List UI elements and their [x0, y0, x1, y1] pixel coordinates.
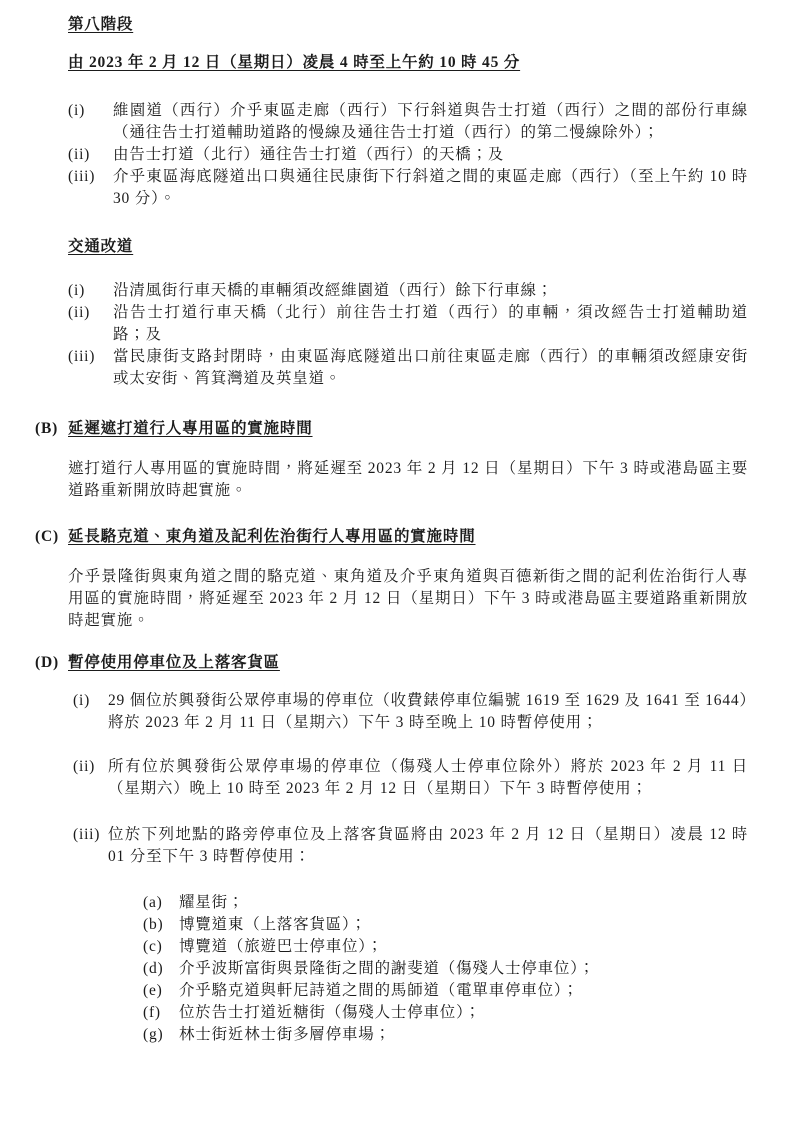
list-item-text: 維園道（西行）介乎東區走廊（西行）下行斜道與告士打道（西行）之間的部份行車線（通…: [113, 100, 748, 144]
section-d-heading: (D) 暫停使用停車位及上落客貨區: [35, 652, 748, 674]
list-item: (iii) 當民康街支路封閉時，由東區海底隧道出口前往東區走廊（西行）的車輛須改…: [68, 346, 748, 390]
section-d-list: (i) 29 個位於興發街公眾停車場的停車位（收費錶停車位編號 1619 至 1…: [73, 690, 748, 1046]
section-b-heading: (B) 延遲遮打道行人專用區的實施時間: [35, 418, 748, 440]
list-item-marker: (d): [143, 958, 179, 980]
list-item-marker: (c): [143, 936, 179, 958]
location-list: (a) 耀星街； (b) 博覽道東（上落客貨區）； (c) 博覽道（旅遊巴士停車…: [143, 892, 748, 1046]
list-item: (c) 博覽道（旅遊巴士停車位）；: [143, 936, 748, 958]
list-item-marker: (a): [143, 892, 179, 914]
list-item: (e) 介乎駱克道與軒尼詩道之間的馬師道（電單車停車位）；: [143, 980, 748, 1002]
list-item-text: 位於下列地點的路旁停車位及上落客貨區將由 2023 年 2 月 12 日（星期日…: [108, 824, 748, 868]
list-item-text: 介乎波斯富街與景隆街之間的謝斐道（傷殘人士停車位）；: [179, 958, 748, 980]
section-b-title: 延遲遮打道行人專用區的實施時間: [68, 418, 748, 440]
section-d-label: (D): [35, 652, 68, 674]
section-c-heading: (C) 延長駱克道、東角道及記利佐治街行人專用區的實施時間: [35, 526, 748, 548]
list-item-marker: (i): [68, 100, 113, 144]
section-c-label: (C): [35, 526, 68, 548]
list-item-text: 當民康街支路封閉時，由東區海底隧道出口前往東區走廊（西行）的車輛須改經康安街或太…: [113, 346, 748, 390]
list-item-marker: (ii): [73, 756, 108, 800]
phase-heading: 第八階段: [68, 14, 748, 36]
list-item: (i) 沿清風街行車天橋的車輛須改經維園道（西行）餘下行車線；: [68, 280, 748, 302]
list-item-text: 由告士打道（北行）通往告士打道（西行）的天橋；及: [113, 144, 748, 166]
list-item-text: 博覽道東（上落客貨區）；: [179, 914, 748, 936]
list-item-marker: (i): [68, 280, 113, 302]
diversion-heading: 交通改道: [68, 236, 748, 258]
list-item-marker: (e): [143, 980, 179, 1002]
list-item: (g) 林士街近林士街多層停車場；: [143, 1024, 748, 1046]
list-item: (iii) 介乎東區海底隧道出口與通往民康街下行斜道之間的東區走廊（西行）（至上…: [68, 166, 748, 210]
list-item: (b) 博覽道東（上落客貨區）；: [143, 914, 748, 936]
list-item: (iii) 位於下列地點的路旁停車位及上落客貨區將由 2023 年 2 月 12…: [73, 824, 748, 868]
section-c-title: 延長駱克道、東角道及記利佐治街行人專用區的實施時間: [68, 526, 748, 548]
list-item-marker: (iii): [73, 824, 108, 868]
list-item: (d) 介乎波斯富街與景隆街之間的謝斐道（傷殘人士停車位）；: [143, 958, 748, 980]
list-item: (i) 維園道（西行）介乎東區走廊（西行）下行斜道與告士打道（西行）之間的部份行…: [68, 100, 748, 144]
list-item: (ii) 所有位於興發街公眾停車場的停車位（傷殘人士停車位除外）將於 2023 …: [73, 756, 748, 800]
list-item-text: 介乎駱克道與軒尼詩道之間的馬師道（電單車停車位）；: [179, 980, 748, 1002]
list-item-marker: (ii): [68, 144, 113, 166]
time-range-heading: 由 2023 年 2 月 12 日（星期日）凌晨 4 時至上午約 10 時 45…: [68, 52, 748, 74]
list-item-text: 所有位於興發街公眾停車場的停車位（傷殘人士停車位除外）將於 2023 年 2 月…: [108, 756, 748, 800]
list-item: (f) 位於告士打道近糖街（傷殘人士停車位）；: [143, 1002, 748, 1024]
list-item: (ii) 由告士打道（北行）通往告士打道（西行）的天橋；及: [68, 144, 748, 166]
document-page: 第八階段 由 2023 年 2 月 12 日（星期日）凌晨 4 時至上午約 10…: [0, 0, 800, 1123]
diversion-list: (i) 沿清風街行車天橋的車輛須改經維園道（西行）餘下行車線； (ii) 沿告士…: [68, 280, 748, 390]
list-item-text: 介乎東區海底隧道出口與通往民康街下行斜道之間的東區走廊（西行）（至上午約 10 …: [113, 166, 748, 210]
list-item: (i) 29 個位於興發街公眾停車場的停車位（收費錶停車位編號 1619 至 1…: [73, 690, 748, 734]
list-item-marker: (ii): [68, 302, 113, 346]
list-item-text: 29 個位於興發街公眾停車場的停車位（收費錶停車位編號 1619 至 1629 …: [108, 690, 748, 734]
list-item-text: 沿告士打道行車天橋（北行）前往告士打道（西行）的車輛，須改經告士打道輔助道路；及: [113, 302, 748, 346]
list-item-marker: (b): [143, 914, 179, 936]
list-item-marker: (g): [143, 1024, 179, 1046]
list-item-marker: (iii): [68, 346, 113, 390]
list-item: (a) 耀星街；: [143, 892, 748, 914]
list-item: (ii) 沿告士打道行車天橋（北行）前往告士打道（西行）的車輛，須改經告士打道輔…: [68, 302, 748, 346]
list-item-marker: (iii): [68, 166, 113, 210]
section-c-paragraph: 介乎景隆街與東角道之間的駱克道、東角道及介乎東角道與百德新街之間的記利佐治街行人…: [68, 566, 748, 632]
list-item-text: 沿清風街行車天橋的車輛須改經維園道（西行）餘下行車線；: [113, 280, 748, 302]
list-item-marker: (f): [143, 1002, 179, 1024]
road-closure-list: (i) 維園道（西行）介乎東區走廊（西行）下行斜道與告士打道（西行）之間的部份行…: [68, 100, 748, 210]
section-d-title: 暫停使用停車位及上落客貨區: [68, 652, 748, 674]
list-item-text: 位於告士打道近糖街（傷殘人士停車位）；: [179, 1002, 748, 1024]
list-item-marker: (i): [73, 690, 108, 734]
list-item-text: 耀星街；: [179, 892, 748, 914]
list-item-text: 博覽道（旅遊巴士停車位）；: [179, 936, 748, 958]
section-b-paragraph: 遮打道行人專用區的實施時間，將延遲至 2023 年 2 月 12 日（星期日）下…: [68, 458, 748, 502]
section-b-label: (B): [35, 418, 68, 440]
list-item-text: 林士街近林士街多層停車場；: [179, 1024, 748, 1046]
